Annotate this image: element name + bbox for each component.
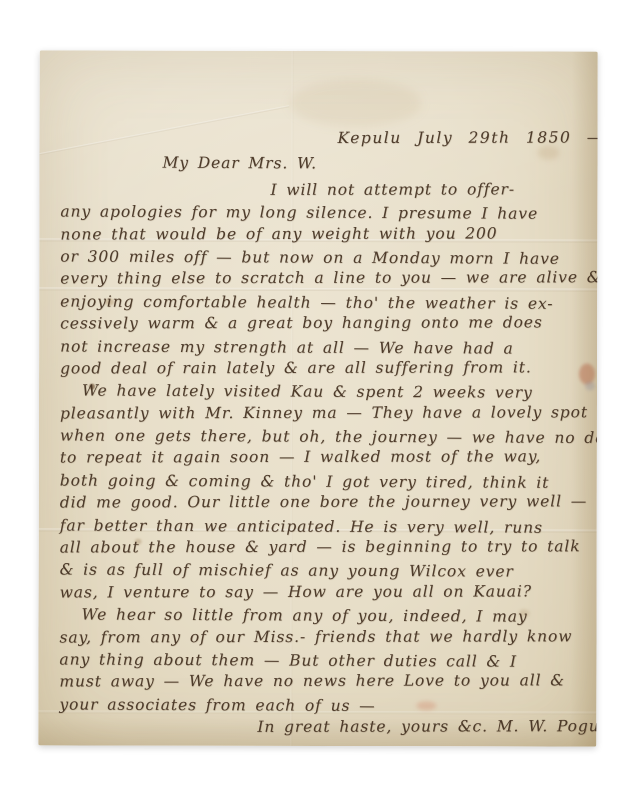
letter-paper: Kepulu July 29th 1850 —My Dear Mrs. W.I …	[38, 50, 597, 746]
letter-line: all about the house & yard — is beginnin…	[60, 535, 593, 559]
letter-line: cessively warm & a great boy hanging ont…	[60, 311, 593, 335]
signature-line: In great haste, yours &c. M. W. Pogue —	[257, 715, 592, 738]
letter-line: every thing else to scratch a line to yo…	[60, 267, 593, 291]
letter-line: none that would be of any weight with yo…	[60, 222, 593, 246]
letter-line: I will not attempt to offer-	[270, 178, 593, 201]
letter-line: did me good. Our little one bore the jou…	[60, 491, 593, 515]
salutation: My Dear Mrs. W.	[162, 152, 593, 176]
letter-line: to repeat it again soon — I walked most …	[60, 446, 593, 470]
stain	[290, 79, 422, 127]
dateline: Kepulu July 29th 1850 —	[338, 126, 594, 149]
letter-line: pleasantly with Mr. Kinney ma — They hav…	[60, 401, 593, 425]
letter-line: say, from any of our Miss.- friends that…	[59, 625, 592, 649]
scan-background: Kepulu July 29th 1850 —My Dear Mrs. W.I …	[0, 0, 634, 800]
letter-line: good deal of rain lately & are all suffe…	[60, 356, 593, 380]
letter-line: must away — We have no news here Love to…	[59, 670, 592, 694]
letter-text: Kepulu July 29th 1850 —My Dear Mrs. W.I …	[59, 126, 593, 739]
letter-line: was, I venture to say — How are you all …	[60, 580, 593, 604]
